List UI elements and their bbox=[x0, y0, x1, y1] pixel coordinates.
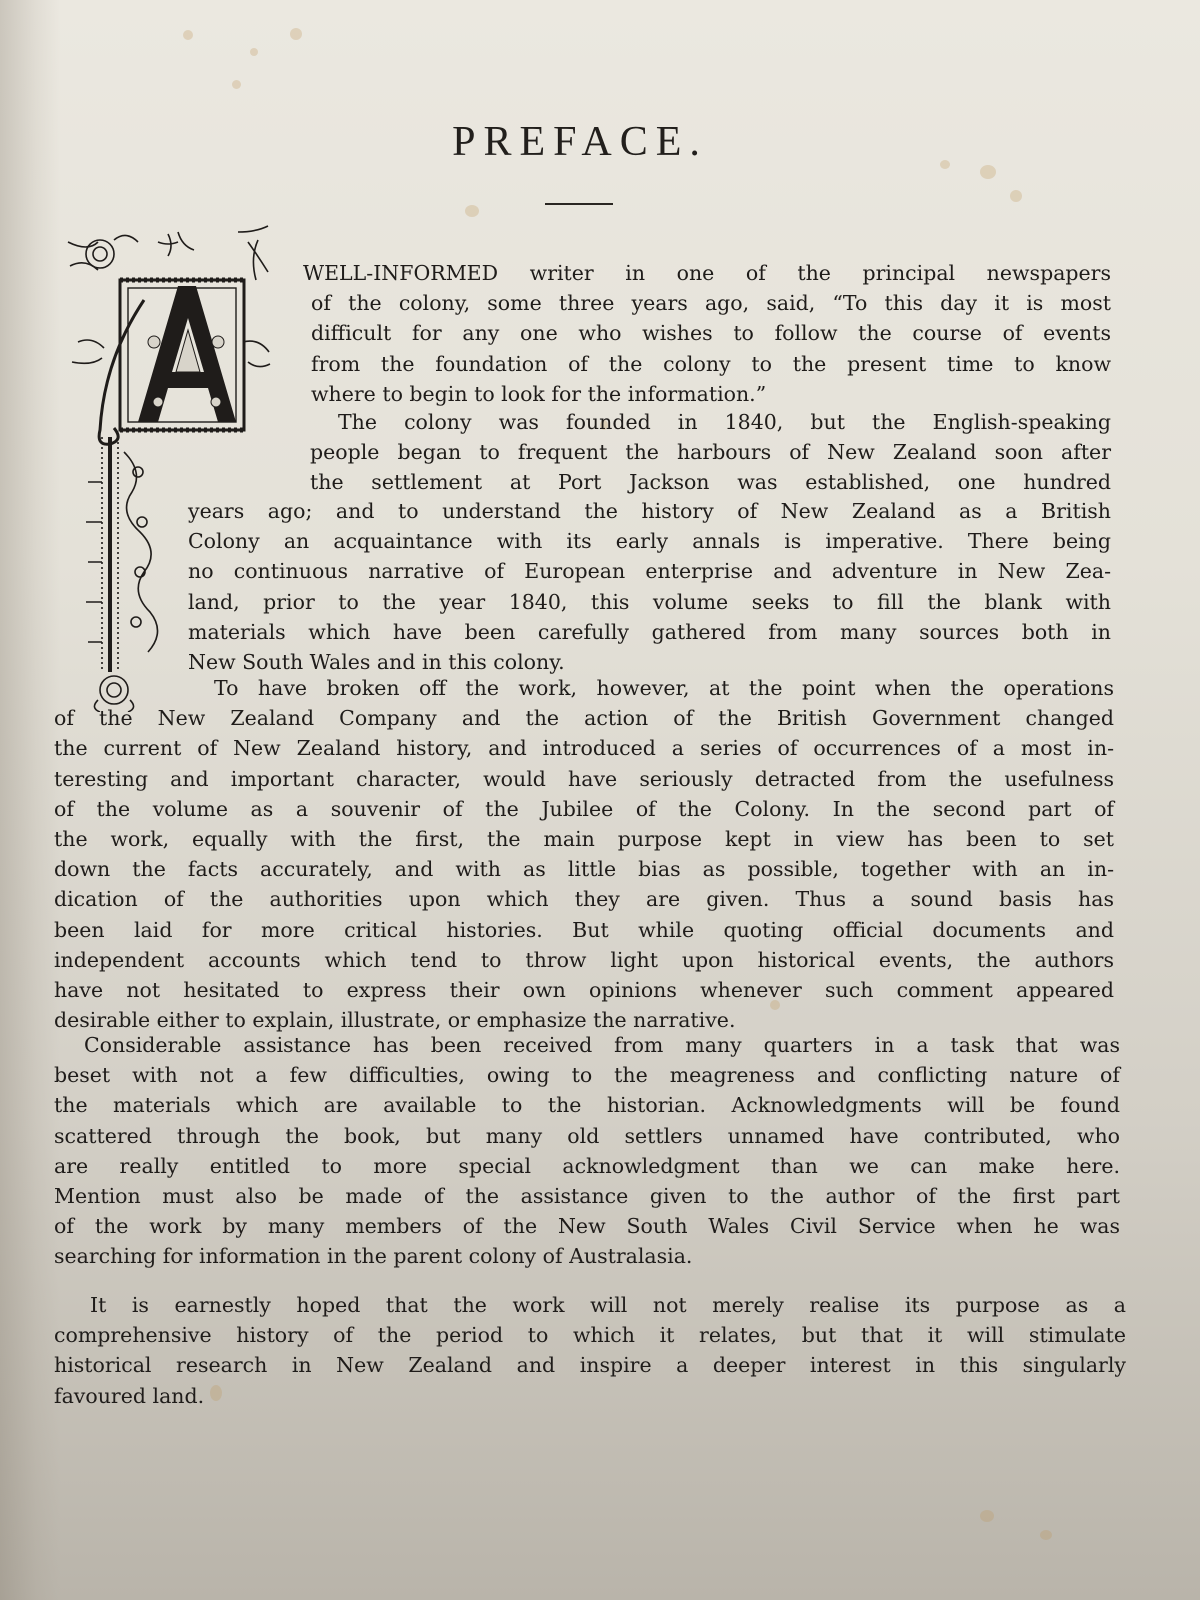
text-line: no continuous narrative of European ente… bbox=[188, 556, 1111, 586]
paragraph-3: To have broken off the work, however, at… bbox=[54, 673, 1114, 1035]
paragraph-2-bottom: years ago; and to understand the history… bbox=[188, 496, 1111, 677]
book-gutter-shadow bbox=[0, 0, 60, 1600]
text-line: The colony was founded in 1840, but the … bbox=[310, 407, 1111, 437]
text-line: where to begin to look for the informati… bbox=[303, 379, 1111, 409]
text-line: comprehensive history of the period to w… bbox=[54, 1320, 1126, 1350]
paragraph-2-top: The colony was founded in 1840, but the … bbox=[310, 407, 1111, 498]
text-line: down the facts accurately, and with as l… bbox=[54, 854, 1114, 884]
text-line: historical research in New Zealand and i… bbox=[54, 1350, 1126, 1380]
text-line: teresting and important character, would… bbox=[54, 764, 1114, 794]
page-title: PREFACE. bbox=[0, 118, 1160, 166]
text-line: the settlement at Port Jackson was estab… bbox=[310, 467, 1111, 497]
text-line: land, prior to the year 1840, this volum… bbox=[188, 587, 1111, 617]
text-line: years ago; and to understand the history… bbox=[188, 496, 1111, 526]
text-line: the work, equally with the first, the ma… bbox=[54, 824, 1114, 854]
text-line: It is earnestly hoped that the work will… bbox=[54, 1290, 1126, 1320]
text-line: searching for information in the parent … bbox=[54, 1241, 1120, 1271]
text-line: of the work by many members of the New S… bbox=[54, 1211, 1120, 1241]
text-line: scattered through the book, but many old… bbox=[54, 1121, 1120, 1151]
paragraph-4: Considerable assistance has been receive… bbox=[54, 1030, 1120, 1272]
text-line: of the colony, some three years ago, sai… bbox=[303, 288, 1111, 318]
text-line: materials which have been carefully gath… bbox=[188, 617, 1111, 647]
text-line: the materials which are available to the… bbox=[54, 1090, 1120, 1120]
title-rule-divider bbox=[545, 203, 613, 205]
paragraph-5: It is earnestly hoped that the work will… bbox=[54, 1290, 1126, 1411]
text-line: dication of the authorities upon which t… bbox=[54, 884, 1114, 914]
text-line: favoured land. bbox=[54, 1381, 1126, 1411]
text-line: beset with not a few difficulties, owing… bbox=[54, 1060, 1120, 1090]
text-line: WELL-INFORMED writer in one of the princ… bbox=[303, 258, 1111, 288]
text-line: Mention must also be made of the assista… bbox=[54, 1181, 1120, 1211]
paragraph-1: WELL-INFORMED writer in one of the princ… bbox=[303, 258, 1111, 409]
text-line: Considerable assistance has been receive… bbox=[54, 1030, 1120, 1060]
text-line: Colony an acquaintance with its early an… bbox=[188, 526, 1111, 556]
text-line: been laid for more critical histories. B… bbox=[54, 915, 1114, 945]
text-line: independent accounts which tend to throw… bbox=[54, 945, 1114, 975]
text-line: the current of New Zealand history, and … bbox=[54, 733, 1114, 763]
text-line: from the foundation of the colony to the… bbox=[303, 349, 1111, 379]
text-line: people began to frequent the harbours of… bbox=[310, 437, 1111, 467]
text-line: are really entitled to more special ackn… bbox=[54, 1151, 1120, 1181]
text-line: To have broken off the work, however, at… bbox=[54, 673, 1114, 703]
text-line: difficult for any one who wishes to foll… bbox=[303, 318, 1111, 348]
text-line: of the New Zealand Company and the actio… bbox=[54, 703, 1114, 733]
text-line: of the volume as a souvenir of the Jubil… bbox=[54, 794, 1114, 824]
text-line: have not hesitated to express their own … bbox=[54, 975, 1114, 1005]
